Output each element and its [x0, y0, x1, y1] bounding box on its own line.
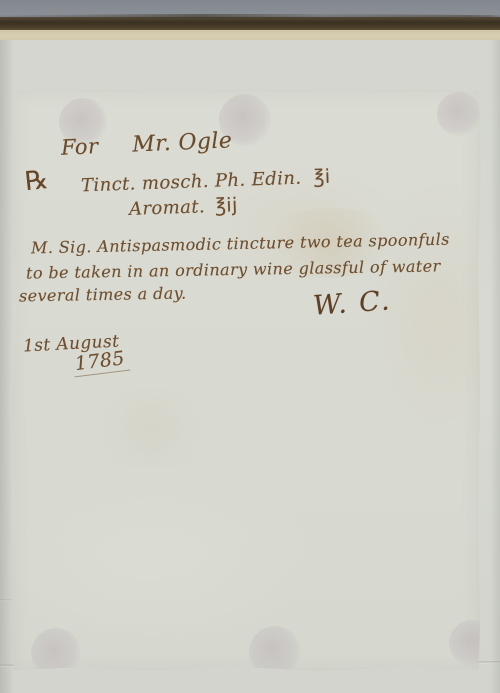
wafer-stain: [31, 628, 81, 678]
ingredient-2-text: Aromat.: [129, 196, 206, 220]
directions-line-3: several times a day.: [19, 284, 187, 306]
ingredient-line-1: Tinct. mosch. Ph. Edin.℥i: [81, 166, 331, 197]
ingredient-2-quantity: ℥ij: [215, 194, 238, 217]
patient-name: Mr. Ogle: [132, 128, 233, 157]
directions-line-2: to be taken in an ordinary wine glassful…: [26, 256, 441, 282]
wafer-stain: [249, 626, 301, 678]
ingredient-1-quantity: ℥i: [313, 166, 331, 189]
prescription-slip: ForMr. Ogle ℞ Tinct. mosch. Ph. Edin.℥i …: [11, 88, 481, 672]
foxing-stain: [71, 388, 231, 468]
wafer-stain: [437, 92, 481, 136]
salutation: For: [61, 134, 99, 160]
rx-symbol: ℞: [23, 165, 50, 197]
manuscript-photo: ForMr. Ogle ℞ Tinct. mosch. Ph. Edin.℥i …: [0, 0, 500, 693]
album-page: ForMr. Ogle ℞ Tinct. mosch. Ph. Edin.℥i …: [0, 40, 500, 693]
wafer-stain: [449, 620, 495, 666]
ingredient-1-text: Tinct. mosch. Ph. Edin.: [81, 168, 302, 197]
ingredient-line-2: Aromat.℥ij: [129, 194, 238, 220]
physician-signature: W. C.: [312, 285, 392, 321]
